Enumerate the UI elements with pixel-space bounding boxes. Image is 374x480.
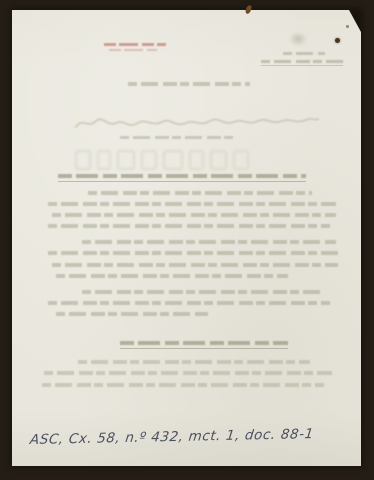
date-line: [128, 82, 250, 86]
ghost-letter: [75, 150, 91, 170]
paragraph-line: [44, 371, 332, 375]
red-stamp-line: [109, 49, 157, 51]
paragraph-line: [56, 312, 208, 316]
letterhead-crest: [289, 32, 307, 46]
ghost-letter: [210, 150, 227, 170]
paragraph-line: [52, 213, 336, 217]
ghost-letter: [117, 150, 135, 170]
paragraph-line: [88, 191, 312, 195]
paragraph-line: [42, 383, 324, 387]
scan-background: ASC, Cx. 58, n.º 432, mct. 1, doc. 88-1: [0, 0, 374, 480]
paper: ASC, Cx. 58, n.º 432, mct. 1, doc. 88-1: [12, 10, 361, 466]
paragraph-line: [82, 290, 324, 294]
letterhead-line: [283, 52, 325, 55]
archival-annotation: ASC, Cx. 58, n.º 432, mct. 1, doc. 88-1: [29, 426, 331, 448]
faded-handwriting-scrawl: [74, 110, 320, 134]
ghost-letter: [233, 150, 249, 170]
section-heading-line: [58, 174, 306, 178]
section-heading-underline: [58, 181, 306, 182]
section-heading-line: [120, 341, 288, 345]
letterhead-rule: [261, 65, 343, 66]
section-heading-underline: [120, 348, 288, 349]
paragraph-line: [78, 360, 310, 364]
paragraph-line: [82, 240, 336, 244]
red-stamp-line: [104, 43, 166, 46]
paragraph-line: [48, 224, 330, 228]
paragraph-line: [48, 301, 330, 305]
ghost-letter: [141, 150, 157, 170]
subtitle-line: [120, 136, 234, 139]
paragraph-line: [48, 202, 336, 206]
letterhead-line: [261, 60, 343, 63]
paragraph-line: [56, 274, 288, 278]
punch-hole: [335, 38, 340, 43]
paragraph-line: [48, 251, 338, 255]
paragraph-line: [52, 263, 338, 267]
ghost-letter: [97, 150, 111, 170]
stain-speck: [346, 25, 349, 28]
ghost-letter: [163, 150, 183, 170]
ghost-letter: [189, 150, 204, 170]
